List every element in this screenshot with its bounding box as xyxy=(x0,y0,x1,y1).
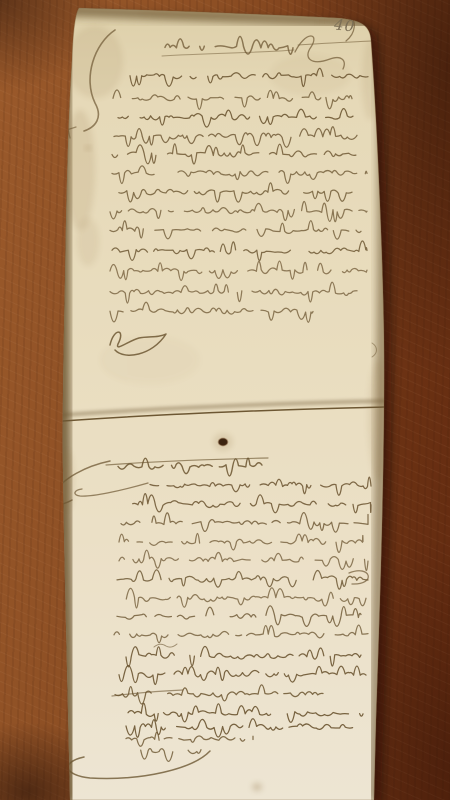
manuscript-photo: 40 xyxy=(0,0,450,800)
paper-stain xyxy=(77,218,99,266)
wormhole xyxy=(219,438,228,445)
paper-stain xyxy=(62,450,74,510)
paper-stain xyxy=(316,22,318,24)
paper-stain xyxy=(67,26,123,98)
wood-table-surface: 40 xyxy=(0,0,450,800)
paper-left-edge-shading xyxy=(63,8,70,800)
paper-stain xyxy=(100,335,200,385)
paper-stain xyxy=(321,21,323,23)
paper-stain xyxy=(252,783,262,791)
paper-stain xyxy=(86,146,91,150)
paper-stain xyxy=(326,20,328,22)
